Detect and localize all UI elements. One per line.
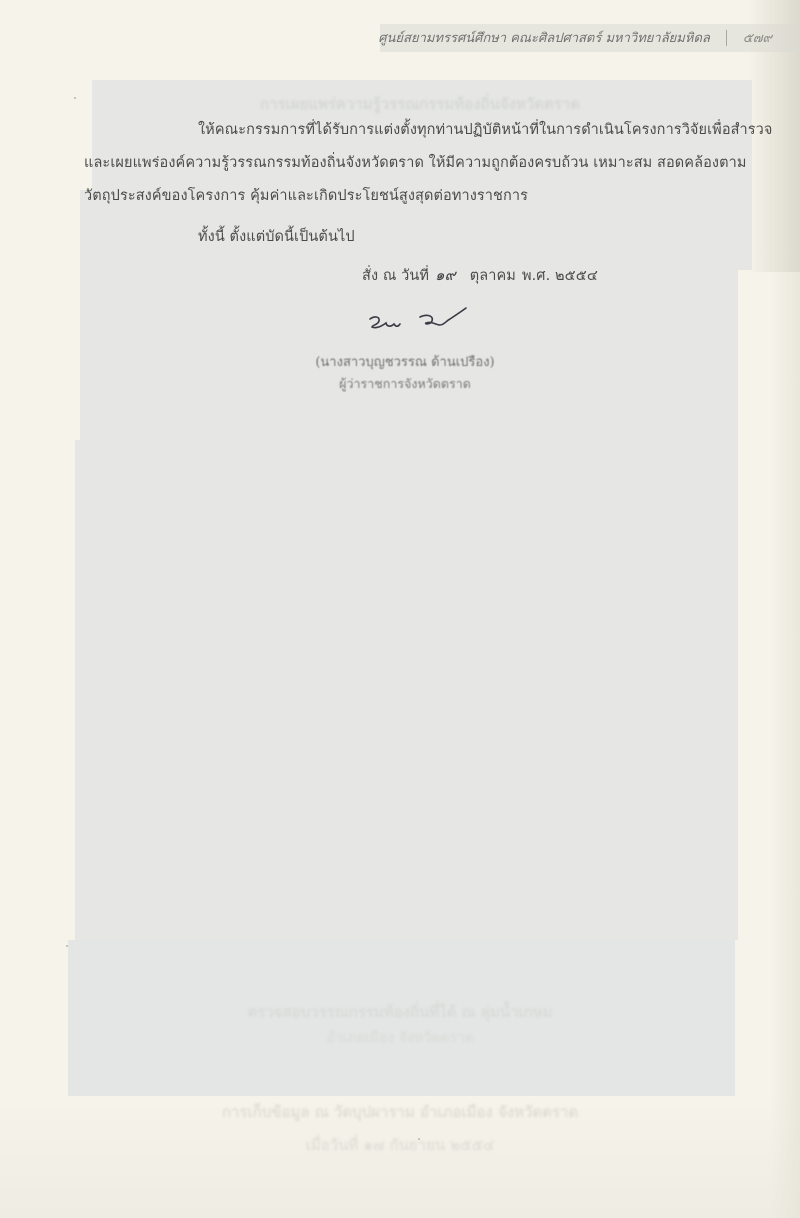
bleed-through-text: ตรวจสอบวรรณกรรมท้องถิ่นที่ได้ ณ ลุ่มน้ำเ… <box>0 1000 800 1024</box>
order-date-line: สั่ง ณ วันที่ ๑๙ ตุลาคม พ.ศ. ๒๕๕๔ <box>362 263 598 287</box>
signer-name: (นางสาวบุญชวรรณ ด้านเปรือง) <box>0 351 800 372</box>
handwritten-signature-icon <box>360 303 470 339</box>
page-number: ๕๗๙ <box>743 27 772 48</box>
order-date-day: ๑๙ <box>435 263 456 287</box>
paper-speck <box>418 1138 420 1140</box>
order-date-month: ตุลาคม <box>470 264 516 287</box>
page-gutter-shadow-lower <box>770 272 800 1218</box>
paper-speck <box>74 97 76 99</box>
bleed-through-caption: เมื่อวันที่ ๑๗ กันยายน ๒๕๕๔ <box>0 1133 800 1157</box>
running-title: ศูนย์สยามทรรศน์ศึกษา คณะศิลปศาสตร์ มหาวิ… <box>378 27 710 48</box>
paragraph-line: ให้คณะกรรมการที่ได้รับการแต่งตั้งทุกท่าน… <box>198 118 772 141</box>
bleed-through-text: การเผยแพร่ความรู้วรรณกรรมท้องถิ่นจังหวัด… <box>0 92 800 116</box>
running-header: ศูนย์สยามทรรศน์ศึกษา คณะศิลปศาสตร์ มหาวิ… <box>378 27 772 48</box>
paragraph-line: และเผยแพร่องค์ความรู้วรรณกรรมท้องถิ่นจัง… <box>84 151 747 174</box>
order-date-prefix: สั่ง ณ วันที่ <box>362 264 429 287</box>
scanned-document-panel-segment <box>75 440 738 940</box>
effective-clause: ทั้งนี้ ตั้งแต่บัดนี้เป็นต้นไป <box>198 225 355 248</box>
signer-title: ผู้ว่าราชการจังหวัดตราด <box>0 374 800 394</box>
bleed-through-text: อำเภอเมือง จังหวัดตราด <box>0 1027 800 1049</box>
order-date-year: พ.ศ. ๒๕๕๔ <box>522 264 598 287</box>
header-divider <box>726 30 727 46</box>
paper-speck <box>66 945 68 947</box>
paragraph-line: วัตถุประสงค์ของโครงการ คุ้มค่าและเกิดประ… <box>84 184 528 207</box>
bleed-through-caption: การเก็บข้อมูล ณ วัดบุปผาราม อำเภอเมือง จ… <box>0 1100 800 1124</box>
